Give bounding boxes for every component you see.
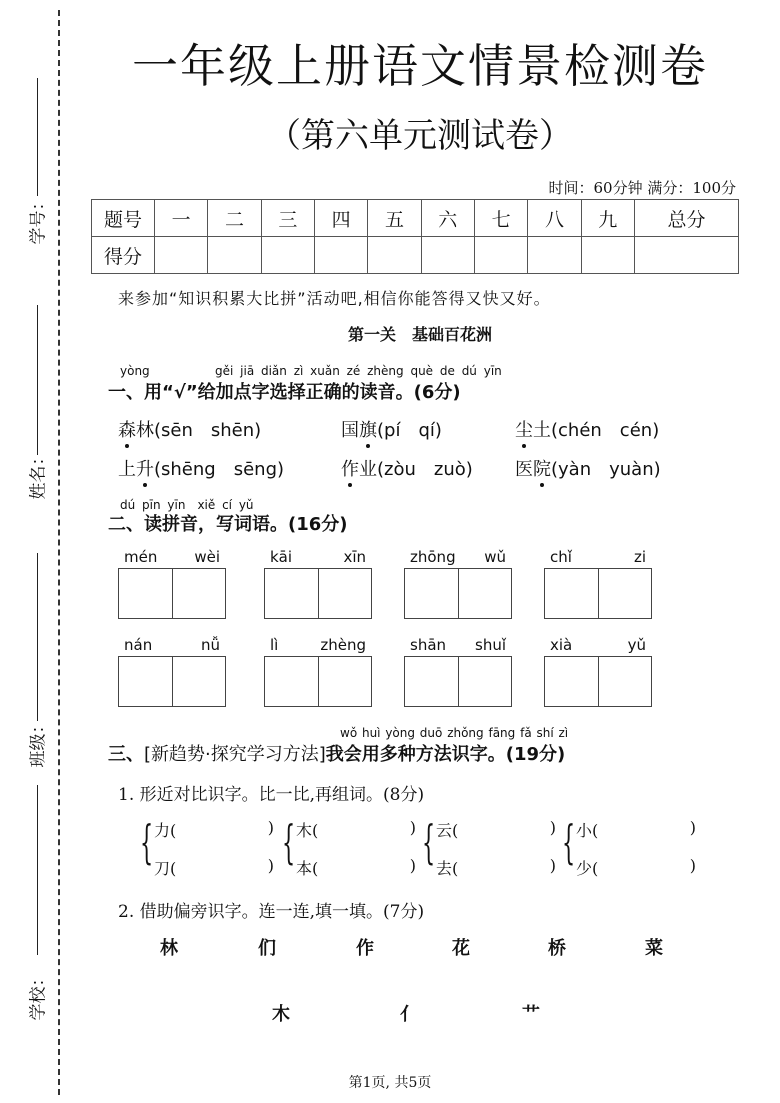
reading-options[interactable]: (sēn shēn): [154, 420, 261, 441]
section-heading: 第一关 基础百花洲: [100, 322, 740, 345]
dotted-char: 旗: [359, 420, 377, 441]
radical-grass[interactable]: 艹: [522, 1000, 540, 1026]
score-cell[interactable]: [208, 237, 261, 274]
word-box[interactable]: shānshuǐ: [404, 636, 512, 707]
col-3: 三: [261, 200, 314, 237]
q1-item-1[interactable]: 森林(sēn shēn): [118, 416, 261, 442]
radical-wood[interactable]: 木: [272, 1000, 290, 1026]
match-char[interactable]: 花: [452, 934, 470, 960]
school-line[interactable]: [37, 785, 38, 955]
q2-text: 读拼音，写词语。(16分): [144, 514, 348, 535]
brace-icon: {: [422, 814, 435, 870]
col-8: 八: [528, 200, 581, 237]
reading-options[interactable]: (pí qí): [377, 420, 442, 441]
write-cell[interactable]: [598, 569, 652, 618]
q1-heading: 一、用“√”给加点字选择正确的读音。(6分): [108, 378, 461, 404]
score-cell[interactable]: [261, 237, 314, 274]
q1-pinyin-1: yòng: [120, 364, 150, 378]
class-label: 班级：: [24, 724, 49, 768]
dotted-char: 尘: [515, 420, 533, 441]
word-box[interactable]: zhōngwǔ: [404, 548, 512, 619]
dotted-char: 升: [136, 459, 154, 480]
q3-text: 我会用多种方法识字。(19分): [326, 744, 566, 765]
q1-item-5[interactable]: 作业(zòu zuò): [341, 455, 473, 481]
q3-pinyin: wǒ huì yòng duō zhǒng fāng fǎ shí zì: [340, 726, 568, 740]
match-char[interactable]: 作: [356, 934, 374, 960]
student-id-label: 学号：: [24, 201, 49, 245]
char-pair: { 木() 本(): [282, 812, 422, 872]
brace-icon: {: [562, 814, 575, 870]
q1-pinyin-2: gěi jiā diǎn zì xuǎn zé zhèng què de dú …: [215, 364, 502, 378]
match-char[interactable]: 桥: [548, 934, 566, 960]
write-cell[interactable]: [405, 569, 458, 618]
match-char[interactable]: 菜: [645, 934, 663, 960]
score-cell[interactable]: [581, 237, 634, 274]
reading-options[interactable]: (chén cén): [551, 420, 659, 441]
col-2: 二: [208, 200, 261, 237]
char-pair: { 云() 去(): [422, 812, 562, 872]
char-pair: { 力() 刀(): [140, 812, 280, 872]
match-char[interactable]: 林: [160, 934, 178, 960]
q1-item-3[interactable]: 尘土(chén cén): [515, 416, 659, 442]
word-box[interactable]: lìzhèng: [264, 636, 372, 707]
q1-item-4[interactable]: 上升(shēng sēng): [118, 455, 284, 481]
score-cell[interactable]: [421, 237, 474, 274]
col-7: 七: [474, 200, 527, 237]
score-cell[interactable]: [368, 237, 421, 274]
reading-options[interactable]: (zòu zuò): [377, 459, 473, 480]
q3-part1-title: 1. 形近对比识字。比一比,再组词。(8分): [118, 780, 424, 805]
dotted-char: 作: [341, 459, 359, 480]
write-cell[interactable]: [265, 657, 318, 706]
row-header-score: 得分: [92, 237, 155, 274]
time-info: 时间：60分钟 满分：100分: [549, 177, 737, 198]
student-id-line[interactable]: [37, 78, 38, 196]
col-5: 五: [368, 200, 421, 237]
write-cell[interactable]: [458, 569, 512, 618]
q1-text: 用“√”给加点字选择正确的读音。(6分): [144, 382, 461, 403]
write-cell[interactable]: [318, 569, 372, 618]
q3-tag: [新趋势·探究学习方法]: [144, 744, 326, 765]
brace-icon: {: [282, 814, 295, 870]
q3-number: 三、: [108, 744, 144, 765]
word-box[interactable]: nánnǚ: [118, 636, 226, 707]
page-title: 一年级上册语文情景检测卷: [110, 30, 730, 96]
dotted-char: 院: [533, 459, 551, 480]
write-cell[interactable]: [119, 569, 172, 618]
school-label: 学校：: [24, 977, 49, 1021]
write-cell[interactable]: [119, 657, 172, 706]
col-6: 六: [421, 200, 474, 237]
q2-number: 二、: [108, 514, 144, 535]
word-box[interactable]: kāixīn: [264, 548, 372, 619]
q1-number: 一、: [108, 382, 144, 403]
write-cell[interactable]: [318, 657, 372, 706]
q1-item-2[interactable]: 国旗(pí qí): [341, 416, 442, 442]
q2-heading: 二、读拼音，写词语。(16分): [108, 510, 348, 536]
dotted-char: 森: [118, 420, 136, 441]
write-cell[interactable]: [172, 569, 226, 618]
write-cell[interactable]: [545, 657, 598, 706]
score-cell[interactable]: [474, 237, 527, 274]
page-number: 第1页, 共5页: [0, 1072, 780, 1092]
radical-person[interactable]: 亻: [400, 1000, 418, 1026]
word-box[interactable]: ménwèi: [118, 548, 226, 619]
score-table: 题号 一 二 三 四 五 六 七 八 九 总分 得分: [91, 199, 739, 274]
score-cell[interactable]: [634, 237, 738, 274]
score-cell[interactable]: [155, 237, 208, 274]
col-1: 一: [155, 200, 208, 237]
intro-text: 来参加“知识积累大比拼”活动吧,相信你能答得又快又好。: [118, 286, 551, 309]
col-4: 四: [314, 200, 367, 237]
name-label: 姓名：: [24, 456, 49, 500]
page-subtitle: （第六单元测试卷）: [110, 108, 730, 157]
score-table-score-row: 得分: [92, 237, 739, 274]
write-cell[interactable]: [545, 569, 598, 618]
row-header-question: 题号: [92, 200, 155, 237]
q1-item-6[interactable]: 医院(yàn yuàn): [515, 455, 661, 481]
reading-options[interactable]: (yàn yuàn): [551, 459, 661, 480]
word-box[interactable]: xiàyǔ: [544, 636, 652, 707]
write-cell[interactable]: [598, 657, 652, 706]
write-cell[interactable]: [172, 657, 226, 706]
write-cell[interactable]: [458, 657, 512, 706]
match-char[interactable]: 们: [258, 934, 276, 960]
class-line[interactable]: [37, 553, 38, 721]
score-table-header-row: 题号 一 二 三 四 五 六 七 八 九 总分: [92, 200, 739, 237]
col-9: 九: [581, 200, 634, 237]
name-line[interactable]: [37, 305, 38, 455]
reading-options[interactable]: (shēng sēng): [154, 459, 284, 480]
score-cell[interactable]: [528, 237, 581, 274]
score-cell[interactable]: [314, 237, 367, 274]
col-total: 总分: [634, 200, 738, 237]
write-cell[interactable]: [265, 569, 318, 618]
brace-icon: {: [140, 814, 153, 870]
word-box[interactable]: chǐzi: [544, 548, 652, 619]
cut-line: [58, 10, 60, 1095]
q3-part2-title: 2. 借助偏旁识字。连一连,填一填。(7分): [118, 897, 424, 922]
write-cell[interactable]: [405, 657, 458, 706]
char-pair: { 小() 少(): [562, 812, 702, 872]
q3-heading: 三、[新趋势·探究学习方法]我会用多种方法识字。(19分): [108, 740, 565, 766]
